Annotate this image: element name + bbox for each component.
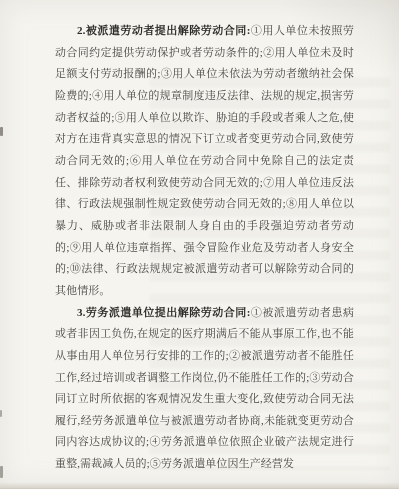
paragraph-heading: 3.劳务派遣单位提出解除劳动合同: (77, 307, 251, 319)
scan-edge-mark (0, 410, 2, 417)
document-text-block: 2.被派遣劳动者提出解除劳动合同:①用人单位未按照劳动合同约定提供劳动保护或者劳… (55, 21, 354, 476)
scan-edge-mark (0, 466, 3, 478)
paragraph-body: ①被派遣劳动者患病或者非因工负伤,在规定的医疗期满后不能从事原工作,也不能从事由… (55, 307, 354, 471)
page-bottom-edge-shadow (0, 482, 399, 489)
paragraph-dispatched-worker-termination: 2.被派遣劳动者提出解除劳动合同:①用人单位未按照劳动合同约定提供劳动保护或者劳… (55, 21, 354, 303)
paragraph-body: ①用人单位未按照劳动合同约定提供劳动保护或者劳动条件的;②用人单位未及时足额支付… (55, 25, 354, 297)
scan-edge-mark (0, 127, 3, 136)
paragraph-heading: 2.被派遣劳动者提出解除劳动合同: (77, 25, 251, 37)
scanned-document-page: 2.被派遣劳动者提出解除劳动合同:①用人单位未按照劳动合同约定提供劳动保护或者劳… (0, 0, 399, 489)
paragraph-dispatch-agency-termination: 3.劳务派遣单位提出解除劳动合同:①被派遣劳动者患病或者非因工负伤,在规定的医疗… (55, 303, 354, 476)
